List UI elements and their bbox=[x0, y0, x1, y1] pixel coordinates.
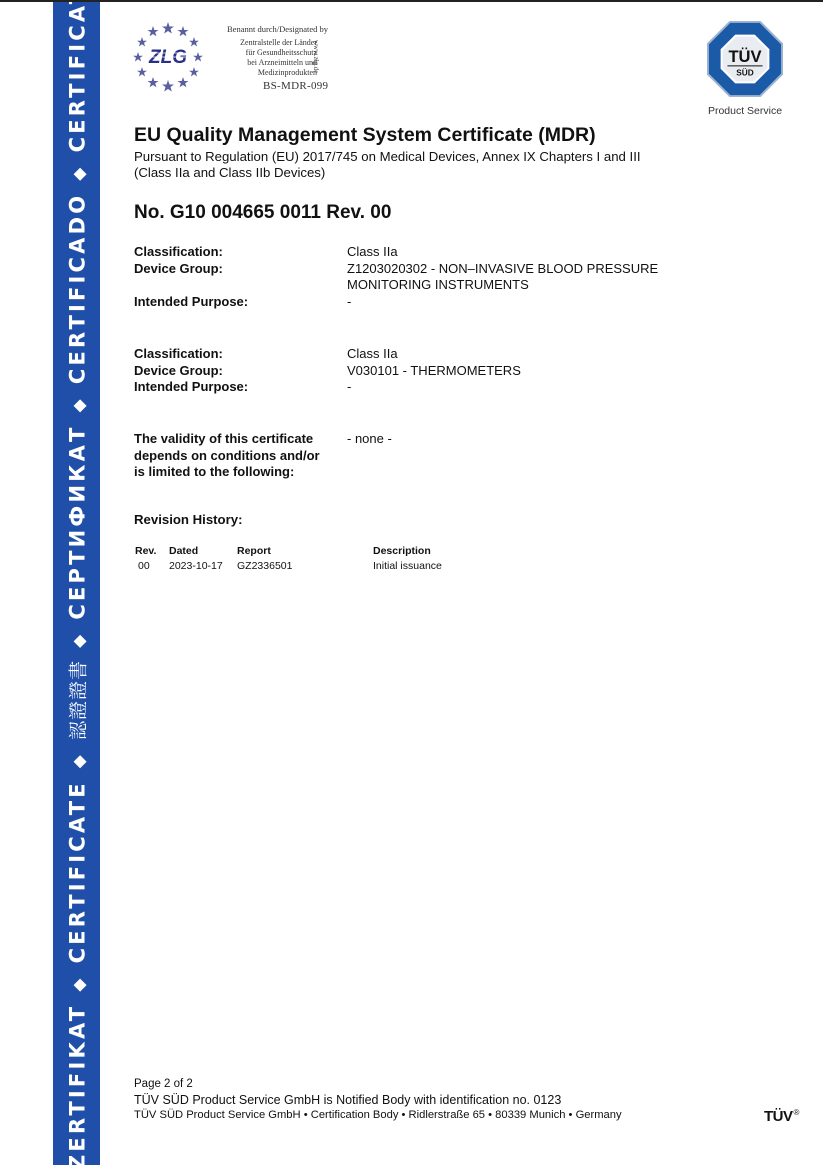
product-service-caption: Product Service bbox=[700, 105, 790, 117]
validity-label-line: is limited to the following: bbox=[134, 464, 347, 481]
certificate-number: No. G10 004665 0011 Rev. 00 bbox=[134, 202, 391, 224]
intended-purpose-value: - bbox=[347, 294, 707, 311]
revision-history-table: Rev. Dated Report Description 00 2023-10… bbox=[135, 544, 493, 573]
band-word-certificate: CERTIFICATE bbox=[65, 780, 89, 963]
certificate-title: EU Quality Management System Certificate… bbox=[134, 124, 596, 147]
validity-label: The validity of this certificate depends… bbox=[134, 431, 347, 481]
zlg-line: Medizinprodukten bbox=[197, 68, 317, 78]
certificate-side-band: ZERTIFIKAT◆CERTIFICATE◆認證證書◆СЕРТИФИКАТ◆C… bbox=[53, 2, 100, 1165]
intended-purpose-label: Intended Purpose: bbox=[134, 379, 347, 396]
intended-purpose-label: Intended Purpose: bbox=[134, 294, 347, 311]
certification-body-address: TÜV SÜD Product Service GmbH • Certifica… bbox=[134, 1108, 622, 1123]
band-word-zertifikat: ZERTIFIKAT bbox=[65, 1003, 89, 1165]
classification-label: Classification: bbox=[134, 244, 347, 261]
column-header-rev: Rev. bbox=[135, 544, 169, 559]
validity-value: - none - bbox=[347, 431, 707, 481]
diamond-icon: ◆ bbox=[69, 164, 89, 180]
device-group-value: V030101 - THERMOMETERS bbox=[347, 363, 707, 380]
device-group-row: Device Group: Z1203020302 - NON–INVASIVE… bbox=[134, 261, 707, 294]
device-group-value: Z1203020302 - NON–INVASIVE BLOOD PRESSUR… bbox=[347, 261, 707, 294]
validity-block: The validity of this certificate depends… bbox=[134, 431, 707, 481]
column-header-description: Description bbox=[373, 544, 493, 559]
validity-label-line: depends on conditions and/or bbox=[134, 448, 347, 465]
zlg-url: www.zlg.de bbox=[312, 40, 320, 73]
notified-body-statement: TÜV SÜD Product Service GmbH is Notified… bbox=[134, 1092, 622, 1108]
zlg-line: Zentralstelle der Länder bbox=[197, 38, 317, 48]
cell-report: GZ2336501 bbox=[237, 559, 373, 574]
classification-row: Classification: Class IIa bbox=[134, 346, 707, 363]
classification-row: Classification: Class IIa bbox=[134, 244, 707, 261]
cell-description: Initial issuance bbox=[373, 559, 493, 574]
svg-text:ZLG: ZLG bbox=[148, 47, 187, 68]
designated-by-label: Benannt durch/Designated by bbox=[227, 24, 328, 34]
cell-rev: 00 bbox=[135, 559, 169, 574]
band-word-certificat: CERTIFICAT bbox=[65, 0, 89, 152]
diamond-icon: ◆ bbox=[69, 751, 89, 767]
zlg-line: bei Arzneimitteln und bbox=[197, 58, 317, 68]
intended-purpose-row: Intended Purpose: - bbox=[134, 379, 707, 396]
subtitle-line: Pursuant to Regulation (EU) 2017/745 on … bbox=[134, 149, 694, 165]
svg-text:TÜV: TÜV bbox=[728, 47, 761, 66]
classification-value: Class IIa bbox=[347, 346, 707, 363]
certificate-subtitle: Pursuant to Regulation (EU) 2017/745 on … bbox=[134, 149, 694, 181]
tuv-sud-octagon-logo: TÜV SÜD bbox=[706, 20, 784, 98]
table-row: 00 2023-10-17 GZ2336501 Initial issuance bbox=[135, 559, 493, 574]
cell-dated: 2023-10-17 bbox=[169, 559, 237, 574]
device-block: Classification: Class IIa Device Group: … bbox=[134, 346, 707, 396]
column-header-dated: Dated bbox=[169, 544, 237, 559]
classification-value: Class IIa bbox=[347, 244, 707, 261]
page-footer: Page 2 of 2 TÜV SÜD Product Service GmbH… bbox=[134, 1077, 622, 1123]
validity-row: The validity of this certificate depends… bbox=[134, 431, 707, 481]
svg-text:SÜD: SÜD bbox=[736, 68, 753, 78]
device-group-label: Device Group: bbox=[134, 363, 347, 380]
classification-label: Classification: bbox=[134, 346, 347, 363]
tuv-wordmark: TÜV® bbox=[764, 1108, 799, 1125]
band-word-certificado: CERTIFICADO bbox=[65, 192, 89, 383]
device-group-line: MONITORING INSTRUMENTS bbox=[347, 277, 707, 294]
zlg-line: für Gesundheitsschutz bbox=[197, 48, 317, 58]
tuv-wordmark-text: TÜV bbox=[764, 1108, 793, 1125]
device-block: Classification: Class IIa Device Group: … bbox=[134, 244, 707, 310]
revision-history-title: Revision History: bbox=[134, 512, 242, 527]
column-header-report: Report bbox=[237, 544, 373, 559]
device-group-line: Z1203020302 - NON–INVASIVE BLOOD PRESSUR… bbox=[347, 261, 707, 278]
subtitle-line: (Class IIa and Class IIb Devices) bbox=[134, 165, 694, 181]
page-number: Page 2 of 2 bbox=[134, 1077, 622, 1092]
band-word-russian: СЕРТИФИКАТ bbox=[65, 424, 89, 619]
zlg-body-name: Zentralstelle der Länder für Gesundheits… bbox=[197, 38, 317, 78]
zlg-designation-logo: ZLG Benannt durch/Designated by Zentrals… bbox=[132, 20, 342, 96]
validity-label-line: The validity of this certificate bbox=[134, 431, 347, 448]
zlg-star-ring-icon: ZLG bbox=[132, 20, 204, 92]
notified-body-code: BS-MDR-099 bbox=[263, 80, 328, 92]
side-band-text: ZERTIFIKAT◆CERTIFICATE◆認證證書◆СЕРТИФИКАТ◆C… bbox=[63, 0, 90, 1165]
band-word-chinese: 認證證書 bbox=[67, 659, 89, 739]
device-group-row: Device Group: V030101 - THERMOMETERS bbox=[134, 363, 707, 380]
diamond-icon: ◆ bbox=[69, 975, 89, 991]
diamond-icon: ◆ bbox=[69, 396, 89, 412]
diamond-icon: ◆ bbox=[69, 631, 89, 647]
intended-purpose-value: - bbox=[347, 379, 707, 396]
registered-mark-icon: ® bbox=[794, 1108, 799, 1117]
intended-purpose-row: Intended Purpose: - bbox=[134, 294, 707, 311]
device-group-label: Device Group: bbox=[134, 261, 347, 294]
table-header-row: Rev. Dated Report Description bbox=[135, 544, 493, 559]
